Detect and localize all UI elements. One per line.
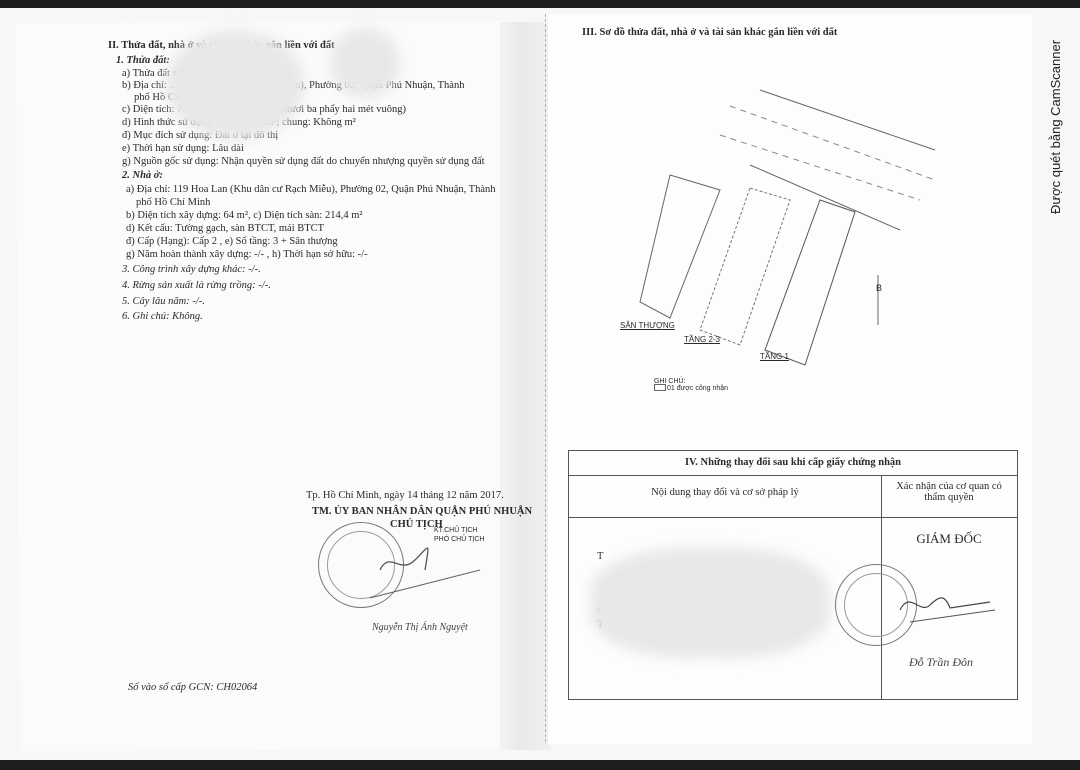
other-item-3: 3. Công trình xây dựng khác: -/-. [122, 264, 261, 276]
redaction-blur [165, 30, 305, 140]
other-item-4: 4. Rừng sản xuất là rừng trồng: -/-. [122, 280, 271, 292]
redaction-blur [590, 548, 830, 658]
plan-label-rooftop: SÂN THƯỢNG [620, 320, 675, 332]
table-title-row: IV. Những thay đổi sau khi cấp giấy chứn… [569, 451, 1017, 476]
house-b: b) Diện tích xây dựng: 64 m², c) Diện tí… [126, 210, 363, 222]
signer-name: Nguyễn Thị Ánh Nguyệt [372, 622, 468, 633]
section-iii-title: III. Sơ đồ thửa đất, nhà ở và tài sản kh… [582, 27, 837, 39]
land-heading: 1. Thửa đất: [116, 55, 170, 67]
plan-label-floor-2-3: TẦNG 2-3 [684, 334, 720, 346]
director-signer-name: Đỗ Trần Đôn [909, 655, 973, 670]
director-signature-icon [880, 580, 1000, 630]
land-g: g) Nguồn gốc sử dụng: Nhận quyền sử dụng… [122, 156, 485, 168]
house-a-cont: phố Hồ Chí Minh [136, 197, 210, 209]
table-title: IV. Những thay đổi sau khi cấp giấy chứn… [569, 457, 1017, 468]
land-e: e) Thời hạn sử dụng: Lâu dài [122, 143, 244, 155]
fold-dash-line [545, 14, 546, 742]
place-date: Tp. Hồ Chí Minh, ngày 14 tháng 12 năm 20… [306, 490, 504, 502]
row-fragment: T [597, 551, 603, 562]
legend-swatch-icon [654, 384, 666, 391]
registry-number: Số vào sổ cấp GCN: CH02064 [128, 682, 257, 694]
house-d: d) Kết cấu: Tường gạch, sàn BTCT, mái BT… [126, 223, 324, 235]
col-header-confirmation: Xác nhận của cơ quan có thẩm quyền [887, 481, 1011, 503]
legend-item: 01 được công nhận [667, 383, 728, 395]
table-header-row: Nội dung thay đổi và cơ sở pháp lý Xác n… [569, 475, 1017, 518]
north-arrow-label: B [876, 282, 882, 294]
signature-icon [360, 530, 490, 600]
other-item-5: 5. Cây lâu năm: -/-. [122, 296, 205, 308]
issuing-authority: TM. ỦY BAN NHÂN DÂN QUẬN PHÚ NHUẬN [312, 506, 532, 518]
director-title: GIÁM ĐỐC [887, 531, 1011, 547]
redaction-blur [330, 28, 400, 98]
house-a: a) Địa chỉ: 119 Hoa Lan (Khu dân cư Rạch… [126, 184, 495, 196]
col-header-changes: Nội dung thay đổi và cơ sở pháp lý [569, 487, 881, 498]
camscanner-watermark: Được quét bằng CamScanner [1048, 14, 1070, 214]
house-g: g) Năm hoàn thành xây dựng: -/- , h) Thờ… [126, 249, 368, 261]
other-item-6: 6. Ghi chú: Không. [122, 311, 203, 323]
page-fold [500, 22, 550, 750]
house-dd: đ) Cấp (Hạng): Cấp 2 , e) Số tầng: 3 + S… [126, 236, 338, 248]
plan-label-floor-1: TẦNG 1 [760, 351, 789, 363]
house-heading: 2. Nhà ở: [122, 170, 163, 182]
